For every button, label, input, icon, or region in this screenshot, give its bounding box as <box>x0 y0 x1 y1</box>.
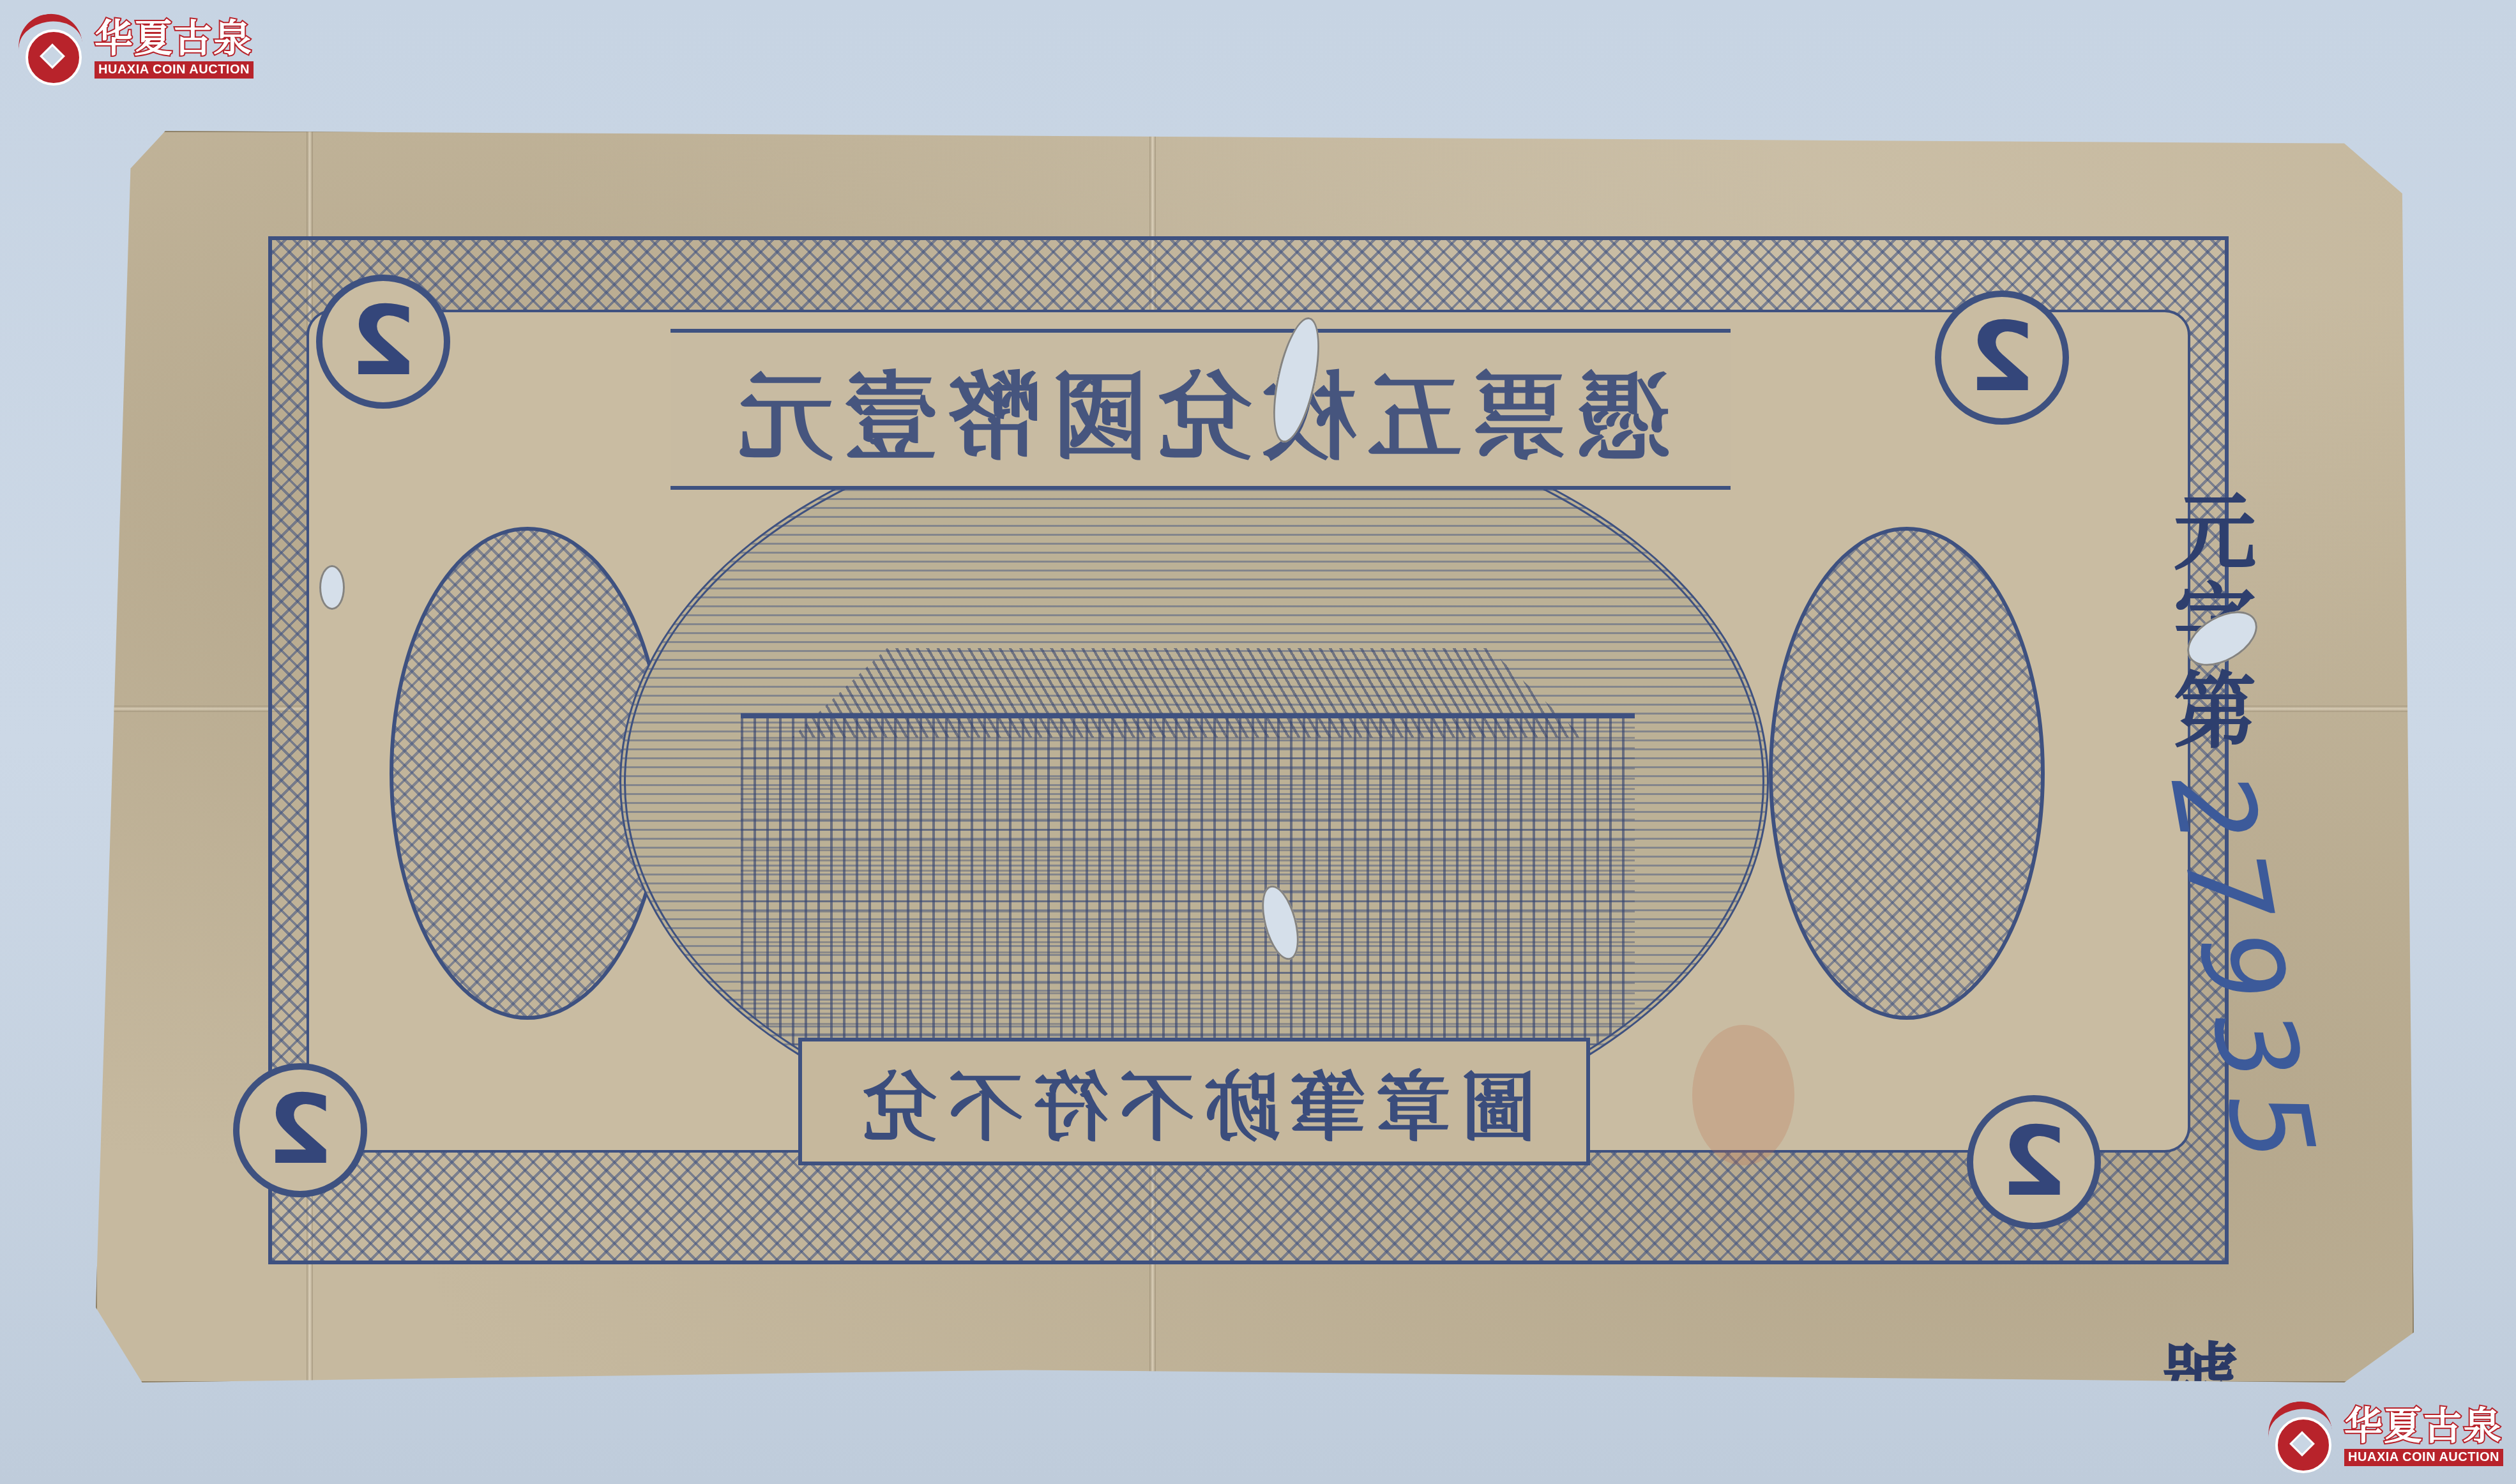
title-banner: 憑票五枚兌國幣壹元 <box>671 329 1731 490</box>
watermark-logo-top-left: 华夏古泉 HUAXIA COIN AUCTION <box>11 11 254 85</box>
warning-banner: 圖章筆跡不符不兌 <box>798 1038 1590 1165</box>
watermark-logo-bottom-right: 华夏古泉 HUAXIA COIN AUCTION <box>2261 1399 2503 1473</box>
corner-value-medallion: 2 <box>1967 1095 2101 1229</box>
watermark-chinese: 华夏古泉 <box>95 18 254 60</box>
scalloped-ornament-right <box>1769 527 2045 1020</box>
temple-building <box>741 713 1635 1076</box>
value-glyph: 2 <box>267 1082 333 1178</box>
corner-value-medallion: 2 <box>1935 291 2069 425</box>
watermark-english: HUAXIA COIN AUCTION <box>2344 1449 2503 1466</box>
value-glyph: 2 <box>2001 1114 2067 1210</box>
coin-logo-icon <box>11 11 88 85</box>
warning-text: 圖章筆跡不符不兌 <box>852 1047 1536 1156</box>
banknote: 憑票五枚兌國幣壹元 圖章筆跡不符不兌 2 2 2 2 元字第 27935 號 <box>96 131 2414 1382</box>
value-glyph: 2 <box>350 294 416 390</box>
value-glyph: 2 <box>1969 310 2035 405</box>
watermark-chinese: 华夏古泉 <box>2344 1405 2503 1448</box>
corner-value-medallion: 2 <box>233 1063 367 1197</box>
corner-value-medallion: 2 <box>316 275 450 409</box>
punch-hole <box>319 565 345 610</box>
ink-stain <box>1692 1025 1794 1165</box>
watermark-english: HUAXIA COIN AUCTION <box>95 61 254 79</box>
serial-handwritten-number: 27935 <box>2146 763 2340 1182</box>
note-title: 憑票五枚兌國幣壹元 <box>729 340 1672 478</box>
serial-suffix: 號 <box>2162 1319 2238 1428</box>
coin-logo-icon <box>2261 1399 2338 1473</box>
